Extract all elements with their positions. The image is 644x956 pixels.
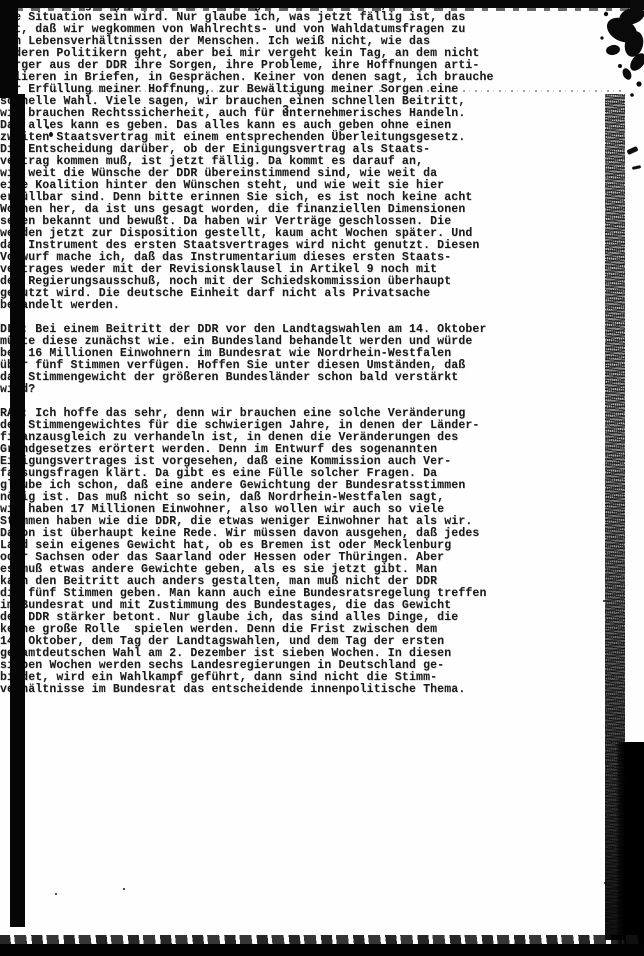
scan-speck: [603, 600, 605, 602]
ink-blot-artifact: [582, 0, 644, 104]
paragraph-rau-answer: RAU: Ich hoffe das sehr, denn wir brauch…: [0, 408, 644, 696]
paragraph-rau-continuation: der Bundestag tagt, der Bundesrat tagt. …: [0, 0, 644, 312]
scan-speck: [604, 882, 606, 884]
scan-edge-left-bar: [10, 94, 25, 927]
scan-speck: [55, 893, 57, 895]
scan-edge-topleft-block: [0, 0, 18, 98]
document-body: der Bundestag tagt, der Bundesrat tagt. …: [0, 0, 644, 696]
scan-edge-top-bar: [0, 0, 644, 8]
scan-speck: [49, 132, 53, 137]
scan-edge-top-ragged: [0, 8, 644, 11]
scan-speck: [47, 126, 49, 129]
scan-speck: [123, 888, 125, 890]
paragraph-dlf-question: DLF: Bei einem Beitritt der DDR vor den …: [0, 324, 644, 396]
scan-edge-bottom-bar: [0, 944, 644, 956]
page-number: - 3 -: [268, 105, 303, 117]
scan-speck: [57, 160, 59, 162]
scanned-page: - 3 - der Bundestag tagt, der Bundesrat …: [0, 0, 644, 956]
scan-dotted-line: [55, 90, 621, 92]
scan-edge-bottom-right-blob: [616, 742, 644, 956]
